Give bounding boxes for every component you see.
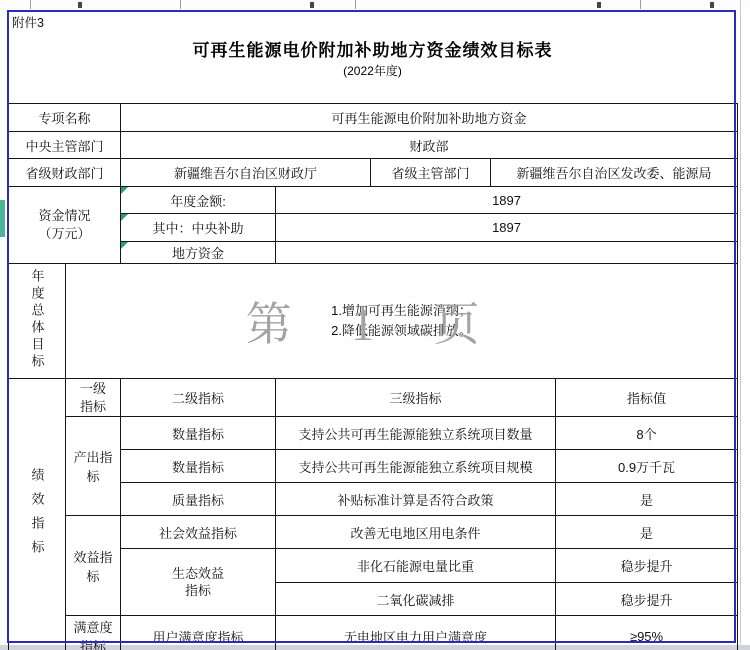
attachment-label: 附件3 — [12, 13, 44, 31]
cell-l3-row4[interactable]: 非化石能源电量比重 — [276, 549, 556, 583]
cell-l2-row6[interactable]: 用户满意度指标 — [121, 616, 276, 650]
cell-group-satisfaction[interactable]: 满意度指标 — [66, 616, 121, 650]
cell-separator — [355, 0, 356, 9]
funding-row-label: 年度金额: — [170, 194, 226, 209]
cell-prov-dept-value[interactable]: 新疆维吾尔自治区发改委、能源局 — [491, 159, 738, 187]
cell-separator — [30, 0, 31, 9]
cell-funding-row-label-annual[interactable]: 年度金额: — [121, 187, 276, 214]
cell-annual-goal-label[interactable]: 年度总体目标 — [9, 264, 66, 379]
cell-perf-side-label[interactable]: 绩效指标 — [9, 379, 66, 650]
cell-value-row4[interactable]: 稳步提升 — [556, 549, 738, 583]
cell-value-row2[interactable]: 是 — [556, 483, 738, 516]
cell-separator — [640, 0, 641, 9]
cell-funding-row-label-local[interactable]: 地方资金 — [121, 242, 276, 264]
spreadsheet-print-view: 附件3 可再生能源电价附加补助地方资金绩效目标表 (2022年度) 专项名称 可… — [0, 0, 750, 650]
funding-row-label: 地方资金 — [172, 246, 224, 261]
annual-goal-vertical-label: 年度总体目标 — [31, 269, 44, 371]
cell-flag-triangle — [121, 214, 128, 221]
cell-value-row0[interactable]: 8个 — [556, 417, 738, 450]
cell-funding-value-central[interactable]: 1897 — [276, 214, 738, 242]
cell-funding-label[interactable]: 资金情况 （万元） — [9, 187, 121, 264]
clipped-text-mark — [597, 2, 601, 8]
cell-separator — [180, 0, 181, 9]
perf-vertical-label: 绩效指标 — [31, 468, 44, 564]
cell-l3-row2[interactable]: 补贴标准计算是否符合政策 — [276, 483, 556, 516]
top-partial-row — [0, 0, 750, 10]
cell-value-row6[interactable]: ≥95% — [556, 616, 738, 650]
cell-central-dept-value[interactable]: 财政部 — [121, 132, 738, 159]
performance-target-table: 专项名称 可再生能源电价附加补助地方资金 中央主管部门 财政部 省级财政部门 新… — [8, 103, 738, 650]
cell-flag-triangle — [121, 187, 128, 194]
cell-prov-finance-label[interactable]: 省级财政部门 — [9, 159, 121, 187]
funding-row-label: 其中：中央补助 — [153, 221, 244, 236]
header-level1[interactable]: 一级 指标 — [66, 379, 121, 417]
cell-l3-row1[interactable]: 支持公共可再生能源能独立系统项目规模 — [276, 450, 556, 483]
cell-value-row3[interactable]: 是 — [556, 516, 738, 549]
cell-group-benefit[interactable]: 效益指标 — [66, 516, 121, 616]
cell-annual-goal-content[interactable]: 1.增加可再生能源消纳； 2.降低能源领域碳排放。 第 1 页 — [66, 264, 738, 379]
page-title: 可再生能源电价附加补助地方资金绩效目标表 — [8, 36, 737, 61]
header-value[interactable]: 指标值 — [556, 379, 738, 417]
header-level3[interactable]: 三级指标 — [276, 379, 556, 417]
cell-l2-row1[interactable]: 数量指标 — [121, 450, 276, 483]
cell-value-row5[interactable]: 稳步提升 — [556, 583, 738, 616]
cell-funding-value-local[interactable] — [276, 242, 738, 264]
cell-l2-row3[interactable]: 社会效益指标 — [121, 516, 276, 549]
left-edge-highlight — [0, 200, 5, 237]
cell-l3-row3[interactable]: 改善无电地区用电条件 — [276, 516, 556, 549]
cell-project-name-value[interactable]: 可再生能源电价附加补助地方资金 — [121, 104, 738, 132]
cell-group-eco[interactable]: 生态效益 指标 — [121, 549, 276, 616]
cell-prov-dept-label[interactable]: 省级主管部门 — [371, 159, 491, 187]
cell-l2-row0[interactable]: 数量指标 — [121, 417, 276, 450]
clipped-text-mark — [310, 2, 314, 8]
window-edge-line — [740, 0, 741, 645]
cell-funding-row-label-central[interactable]: 其中：中央补助 — [121, 214, 276, 242]
cell-flag-triangle — [121, 242, 128, 249]
cell-central-dept-label[interactable]: 中央主管部门 — [9, 132, 121, 159]
cell-funding-value-annual[interactable]: 1897 — [276, 187, 738, 214]
header-level2[interactable]: 二级指标 — [121, 379, 276, 417]
clipped-text-mark — [78, 2, 82, 8]
cell-l2-row2[interactable]: 质量指标 — [121, 483, 276, 516]
cell-prov-finance-value[interactable]: 新疆维吾尔自治区财政厅 — [121, 159, 371, 187]
cell-l3-row5[interactable]: 二氧化碳减排 — [276, 583, 556, 616]
page-subtitle: (2022年度) — [8, 62, 737, 79]
cell-group-output[interactable]: 产出指标 — [66, 417, 121, 516]
cell-value-row1[interactable]: 0.9万千瓦 — [556, 450, 738, 483]
goal-line-2: 2.降低能源领域碳排放。 — [68, 321, 735, 341]
goal-line-1: 1.增加可再生能源消纳； — [68, 301, 735, 321]
cell-project-name-label[interactable]: 专项名称 — [9, 104, 121, 132]
cell-l3-row6[interactable]: 无电地区电力用户满意度 — [276, 616, 556, 650]
clipped-text-mark — [710, 2, 714, 8]
cell-l3-row0[interactable]: 支持公共可再生能源能独立系统项目数量 — [276, 417, 556, 450]
